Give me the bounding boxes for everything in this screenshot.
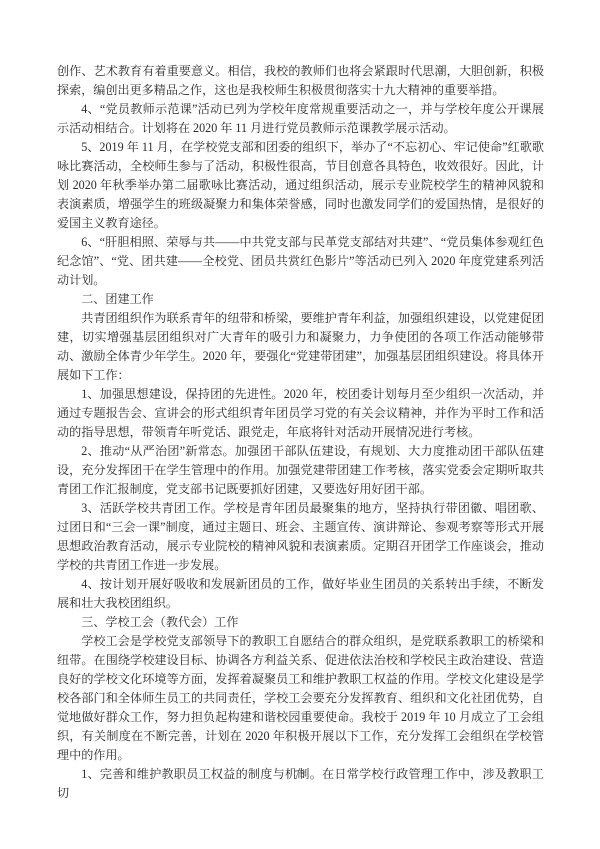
paragraph: 4、“党员教师示范课”活动已列为学校年度常规重要活动之一，并与学校年度公开课展示…	[57, 100, 544, 138]
document-page: 创作、艺术教育有着重要意义。相信，我校的教师们也将会紧跟时代思潮，大胆创新，积极…	[0, 0, 600, 849]
paragraph: 1、加强思想建设，保持团的先进性。2020 年，校团委计划每月至少组织一次活动，…	[57, 385, 544, 442]
paragraph: 学校工会是学校党支部领导下的教职工自愿结合的群众组织，是党联系教职工的桥梁和纽带…	[57, 632, 544, 765]
paragraph: 4、按计划开展好吸收和发展新团员的工作，做好毕业生团员的关系转出手续，不断发展和…	[57, 575, 544, 613]
paragraph: 三、学校工会（教代会）工作	[57, 613, 544, 632]
paragraph: 共青团组织作为联系青年的纽带和桥梁，要维护青年利益，加强组织建设，以党建促团建，…	[57, 309, 544, 385]
paragraph: 3、活跃学校共青团工作。学校是青年团员最聚集的地方，坚持执行带团徽、唱团歌、过团…	[57, 499, 544, 575]
paragraph: 6、“肝胆相照、荣辱与共——中共党支部与民革党支部结对共建”、“党员集体参观红色…	[57, 233, 544, 290]
paragraph: 2、推动“从严治团”新常态。加强团干部队伍建设，有规划、大力度推动团干部队伍建设…	[57, 442, 544, 499]
paragraph: 二、团建工作	[57, 290, 544, 309]
paragraph: 创作、艺术教育有着重要意义。相信，我校的教师们也将会紧跟时代思潮，大胆创新，积极…	[57, 62, 544, 100]
document-body: 创作、艺术教育有着重要意义。相信，我校的教师们也将会紧跟时代思潮，大胆创新，积极…	[57, 62, 544, 803]
paragraph: 5、2019 年 11 月，在学校党支部和团委的组织下，举办了“不忘初心、牢记使…	[57, 138, 544, 233]
page-number: 73	[0, 770, 600, 780]
